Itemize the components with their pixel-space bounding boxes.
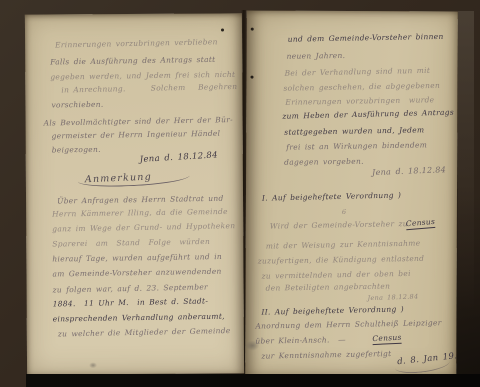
left-page: Erinnerungen vorzubringen verblieben Fal…	[25, 13, 244, 374]
handwritten-line: germeister der Herrn Ingenieur Händel	[52, 129, 221, 141]
handwritten-line: mit der Weisung zur Kenntnisnahme	[266, 239, 421, 251]
handwritten-line: 1884. 11 Uhr M. in Best d. Stadt-	[53, 296, 209, 308]
ink-dot	[251, 28, 254, 31]
handwritten-line: Bei der Verhandlung sind nun mit	[284, 66, 430, 78]
scan-border-edge	[458, 11, 474, 311]
handwritten-line: vorschieben.	[51, 100, 103, 110]
handwritten-line: hierauf Tage, wurden aufgeführt und in	[52, 252, 222, 264]
handwritten-line: am Gemeinde-Vorsteher anzuwendenden	[52, 267, 221, 279]
handwritten-line: über Klein-Ansch. —	[255, 335, 346, 345]
handwritten-line: frei ist an Wirkungen bindendem	[286, 140, 427, 151]
handwritten-line: Herrn Kämmerer Illing, da die Gemeinde	[52, 207, 228, 219]
handwritten-line: Wird der Gemeinde-Vorsteher zu	[270, 219, 408, 231]
handwritten-line: und dem Gemeinde-Vorsteher binnen	[288, 32, 444, 44]
annotation-word: Census	[405, 217, 435, 228]
ink-dot	[221, 28, 224, 31]
handwritten-line: Erinnerungen vorzubringen wurde	[285, 95, 434, 106]
handwritten-line: den Beteiligten angebrachten	[266, 282, 391, 293]
handwritten-line: gegeben werden, und Jedem frei sich nich…	[50, 70, 235, 82]
handwritten-line: Falls die Ausführung des Antrags statt	[50, 55, 215, 67]
handwritten-line: solchen geschehen, die abgegebenen	[283, 81, 440, 93]
handwritten-line: Über Anfragen des Herrn Stadtrat und	[57, 194, 224, 206]
handwritten-line: ganz im Wege der Grund- und Hypotheken	[52, 221, 235, 233]
handwritten-line: zu folgen war, auf d. 23. September	[52, 282, 207, 294]
handwritten-line: Sparerei am Stand Folge würden	[52, 237, 210, 249]
section-heading: I. Auf beigeheftete Verordnung )	[262, 191, 401, 203]
section-heading: II. Auf beigeheftete Verordnung )	[261, 305, 404, 317]
handwritten-line: zu vermittelnden und der oben bei	[262, 269, 411, 281]
handwritten-line: dagegen vorgeben.	[284, 157, 364, 167]
underlined-word: Census	[372, 333, 402, 345]
handwritten-line: beigezogen.	[52, 145, 101, 155]
underlined-word: Census	[405, 217, 435, 230]
handwritten-line: neuen Jahren.	[287, 51, 346, 61]
date-line: Jena d. 18.12.84	[140, 150, 219, 165]
handwritten-line: zuzufertigen, die Kündigung entlastend	[258, 254, 425, 266]
handwritten-line: Erinnerungen vorzubringen verblieben	[55, 37, 218, 49]
handwritten-line: stattgegeben wurden und, Jedem	[284, 125, 424, 136]
date-line: Jena 18.12.84	[367, 293, 418, 303]
manuscript-scan: Erinnerungen vorzubringen verblieben Fal…	[0, 0, 480, 387]
margin-mark: 6	[342, 208, 347, 216]
annotation-word: Census	[372, 333, 402, 343]
handwritten-line: zur Kenntnisnahme zugefertigt	[261, 349, 391, 361]
handwritten-line: in Anrechnung. Solchem Begehren	[61, 82, 237, 95]
scan-black-edge	[26, 374, 480, 387]
handwritten-line: einsprechenden Verhandlung anberaumt,	[53, 312, 225, 324]
handwritten-line: Als Bevollmächtigter sind der Herr der B…	[43, 115, 233, 127]
handwritten-line: zum Heben der Ausführung des Antrags	[282, 108, 454, 121]
right-page: und dem Gemeinde-Vorsteher binnen neuen …	[245, 11, 458, 376]
handwritten-line: zu welcher die Mitglieder der Gemeinde	[58, 326, 231, 338]
date-line: Jena d. 18.12.84	[372, 165, 446, 177]
handwritten-line: Anordnung dem Herrn Schultheiß Leipziger	[255, 318, 441, 330]
ink-dot	[250, 76, 253, 79]
paper-blemish	[89, 362, 97, 368]
paper-blemish	[245, 341, 259, 351]
